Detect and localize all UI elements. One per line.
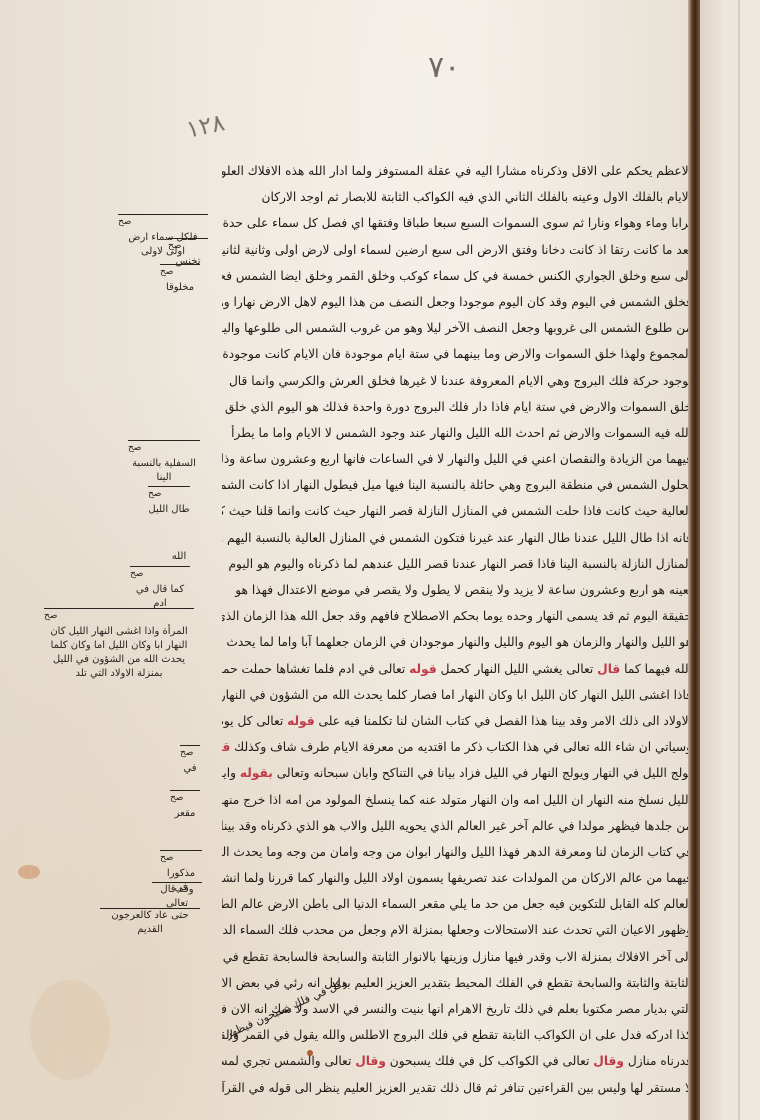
note-siglum: صح	[170, 790, 200, 805]
note-text: وقد قال تعالى	[160, 884, 193, 909]
note-text: المرأة واذا اغشى النهار الليل كان النهار…	[50, 626, 187, 679]
margin-note: صح في	[180, 745, 200, 776]
text-line: كذا ادركه فدل على ان الكواكب الثابتة تقط…	[222, 1022, 692, 1048]
rubric-word: قال	[222, 740, 230, 754]
note-siglum: صح	[160, 850, 202, 865]
margin-note: صح مقعر	[170, 790, 200, 821]
text-line: الله فيهما كما قال تعالى يغشي الليل النه…	[222, 656, 692, 682]
text-line: لا مستقر لها وليس بين القراءتين تنافر ثم…	[222, 1075, 692, 1101]
text-line: الليل نسلخ منه النهار ان الليل امه وان ا…	[222, 787, 692, 813]
text-line: المنازل النازلة بالنسبة الينا فاذا قصر ا…	[222, 551, 692, 577]
note-text: مقعر	[175, 808, 196, 819]
text-line: العالم كله القابل للتكوين فيه جعل من حد …	[222, 891, 692, 917]
rubric-word: بقوله	[240, 766, 273, 780]
text-line: بعينه هو اربع وعشرون ساعة لا يزيد ولا ين…	[222, 577, 692, 603]
note-text: في	[183, 763, 196, 774]
text-line: فيهما من الزيادة والنقصان اعني في الليل …	[222, 446, 692, 472]
note-siglum: صح	[128, 440, 200, 455]
note-text: طال الليل	[148, 504, 189, 515]
text-line: الى آخر الافلاك بمنزلة الاب وقدر فيها من…	[222, 944, 692, 970]
margin-note: وقد قال تعالى	[152, 882, 202, 911]
note-siglum: صح	[118, 214, 208, 229]
margin-note: صح المرأة واذا اغشى النهار الليل كان الن…	[44, 608, 194, 681]
text-line: الثابتة والثابتة والسابحة تقطع في الفلك …	[222, 970, 692, 996]
text-line: خلق السموات والارض في ستة ايام فاذا دار …	[222, 394, 692, 420]
text-line: لحلول الشمس في منطقة البروج وهي حائلة با…	[222, 472, 692, 498]
margin-note: حتى عاد كالعرجون القديم	[100, 908, 200, 937]
text-line: من جلدها فيظهر مولدا في عالم آخر غير الع…	[222, 813, 692, 839]
note-text: السفلية بالنسبة الينا	[132, 458, 196, 483]
margin-note: صح السفلية بالنسبة الينا	[128, 440, 200, 485]
text-line: بعد ما كانت رتقا اذ كانت دخانا وفتق الار…	[222, 237, 692, 263]
water-stain	[30, 980, 110, 1080]
rubric-word: وقال	[593, 1054, 624, 1068]
rubric-word: قوله	[287, 714, 315, 728]
note-siglum: صح	[44, 608, 194, 623]
text-line: وظهور الاعيان التي تحدث عند الاستحالات و…	[222, 917, 692, 943]
note-siglum: صح	[180, 745, 200, 760]
note-siglum: صح	[148, 486, 190, 501]
text-line: الله فيه السموات والارض ثم احدث الله الل…	[222, 420, 692, 446]
text-line: من طلوع الشمس الى غروبها وجعل النصف الآخ…	[222, 315, 692, 341]
text-line: فاذا اغشى الليل النهار كان الليل ابا وكا…	[222, 682, 692, 708]
note-siglum: صح	[160, 264, 200, 279]
text-line: في كتاب الزمان لنا ومعرفة الدهر فهذا الل…	[222, 839, 692, 865]
rubric-word: قوله	[409, 662, 437, 676]
text-line: الاولاد الى ذلك الامر وقد بينا هذا الفصل…	[222, 708, 692, 734]
text-line: بوجود حركة فلك البروج وهي الايام المعروف…	[222, 368, 692, 394]
adjacent-page-edge	[700, 0, 760, 1120]
rubric-word: قال	[597, 662, 620, 676]
folio-number-side: ١٢٨	[184, 108, 228, 143]
text-line: قدرناه منازل وقال تعالى في الكواكب كل في…	[222, 1048, 692, 1074]
text-line: فانه اذا طال الليل عندنا طال النهار عند …	[222, 525, 692, 551]
note-siglum: صح	[130, 566, 190, 581]
text-line: العالية حيث كانت فاذا حلت الشمس في المنا…	[222, 498, 692, 524]
folio-number-top: ٧٠	[428, 50, 460, 85]
text-line: وسياتي ان شاء الله تعالى في هذا الكتاب ذ…	[222, 734, 692, 760]
book-spine	[688, 0, 700, 1120]
text-line: المجموع ولهذا خلق السموات والارض وما بين…	[222, 341, 692, 367]
text-line: الايام بالفلك الاول وعينه بالفلك الثاني …	[222, 184, 692, 210]
text-line: ترابا وماء وهواء ونارا ثم سوى السموات ال…	[222, 210, 692, 236]
text-line: هو الليل والنهار والزمان هو اليوم والليل…	[222, 629, 692, 655]
note-text: حتى عاد كالعرجون القديم	[111, 910, 188, 935]
main-text-block: الاعظم يحكم على الاقل وذكرناه مشارا اليه…	[222, 158, 692, 1101]
note-text: مخلوقا	[166, 282, 194, 293]
text-line: حقيقة اليوم ثم قد يسمى النهار وحده يوما …	[222, 603, 692, 629]
text-line: الى سبع وخلق الجواري الكنس خمسة في كل سم…	[222, 263, 692, 289]
ink-stain	[18, 865, 40, 879]
margin-note: الله	[166, 550, 192, 564]
text-line: الاعظم يحكم على الاقل وذكرناه مشارا اليه…	[222, 158, 692, 184]
manuscript-page: ٧٠ ١٢٨ الاعظم يحكم على الاقل وذكرناه مشا…	[0, 0, 692, 1120]
text-line: فيهما من عالم الاركان من المولدات عند تص…	[222, 865, 692, 891]
rubric-word: وقال	[355, 1054, 386, 1068]
margin-note: صح مخلوقا	[160, 264, 200, 295]
note-text: الله	[172, 551, 187, 562]
margin-note: صح كما قال في ادم	[130, 566, 190, 611]
note-text: كما قال في ادم	[136, 584, 184, 609]
note-siglum: صح	[168, 238, 208, 253]
margin-note: صح طال الليل	[148, 486, 190, 517]
text-line: يولج الليل في النهار ويولج النهار في الل…	[222, 760, 692, 786]
text-line: فخلق الشمس في اليوم وقد كان اليوم موجودا…	[222, 289, 692, 315]
